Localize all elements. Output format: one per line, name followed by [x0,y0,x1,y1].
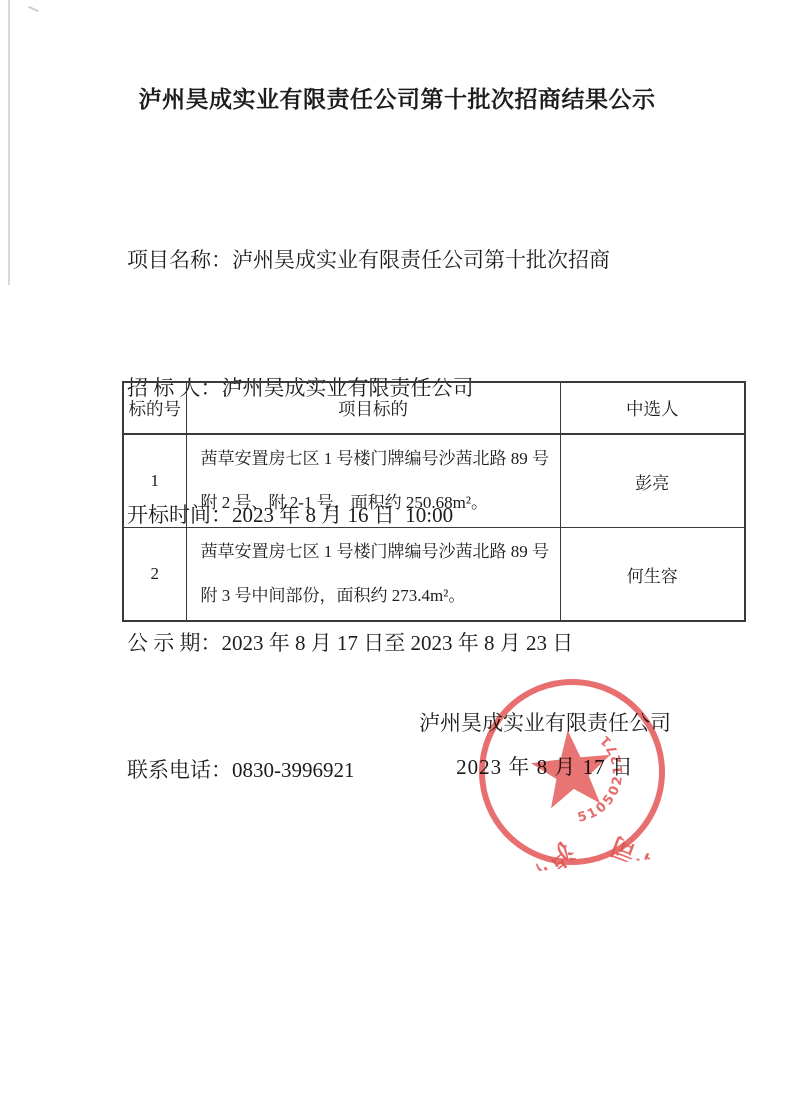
info-line-publicity-period: 公 示 期：2023 年 8 月 17 日至 2023 年 8 月 23 日 [127,622,687,665]
info-label: 公 示 期： [127,631,222,655]
results-table: 标的号 项目标的 中选人 1 茜草安置房七区 1 号楼门牌编号沙茜北路 89 号… [122,381,746,622]
info-value: 0830-3996921 [232,758,355,782]
table-row: 2 茜草安置房七区 1 号楼门牌编号沙茜北路 89 号附 3 号中间部份，面积约… [123,528,745,622]
signature-company: 泸州昊成实业有限责任公司 [380,712,710,734]
cell-subject: 茜草安置房七区 1 号楼门牌编号沙茜北路 89 号附 2 号、附 2-1 号，面… [186,434,560,528]
info-value: 泸州昊成实业有限责任公司第十批次招商 [232,248,610,272]
column-header-winner: 中选人 [560,382,745,434]
cell-winner: 彭亮 [560,434,745,528]
column-header-lot-no: 标的号 [123,382,186,434]
document-page: 泸州昊成实业有限责任公司第十批次招商结果公示 项目名称：泸州昊成实业有限责任公司… [0,0,794,1107]
scan-edge-artifact [8,0,10,285]
cell-lot-no: 2 [123,528,186,622]
info-line-project-name: 项目名称：泸州昊成实业有限责任公司第十批次招商 [127,239,687,282]
table-row: 1 茜草安置房七区 1 号楼门牌编号沙茜北路 89 号附 2 号、附 2-1 号… [123,434,745,528]
table-header-row: 标的号 项目标的 中选人 [123,382,745,434]
info-value: 2023 年 8 月 17 日至 2023 年 8 月 23 日 [222,631,574,655]
cell-lot-no: 1 [123,434,186,528]
cell-winner: 何生容 [560,528,745,622]
signature-block: 泸州昊成实业有限责任公司 2023 年 8 月 17 日 [380,712,710,778]
signature-date: 2023 年 8 月 17 日 [380,756,710,778]
scan-corner-artifact [28,6,39,12]
info-label: 项目名称： [127,248,232,272]
document-title: 泸州昊成实业有限责任公司第十批次招商结果公示 [0,81,794,114]
info-label: 联系电话： [127,758,232,782]
cell-subject: 茜草安置房七区 1 号楼门牌编号沙茜北路 89 号附 3 号中间部份，面积约 2… [186,528,560,622]
column-header-subject: 项目标的 [186,382,560,434]
